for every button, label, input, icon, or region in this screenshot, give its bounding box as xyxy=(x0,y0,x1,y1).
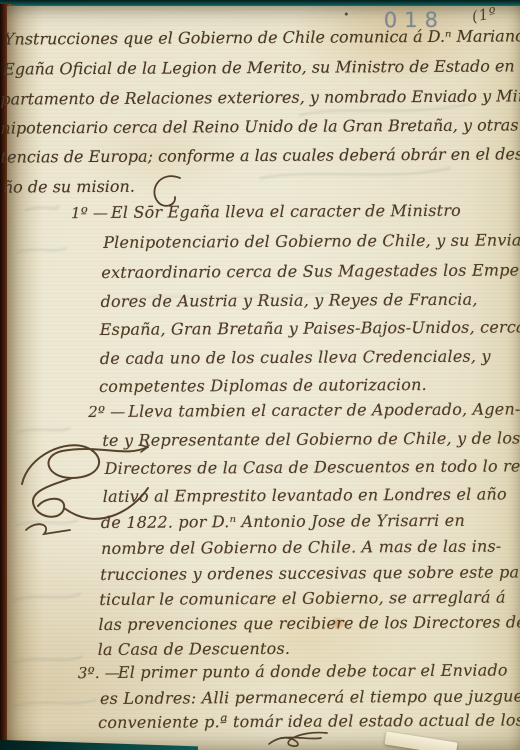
manuscript-line: Directores de la Casa de Descuentos en t… xyxy=(105,458,520,477)
manuscript-line: las prevenciones que recibiere de los Di… xyxy=(98,614,520,633)
manuscript-line: dores de Austria y Rusia, y Reyes de Fra… xyxy=(101,292,478,310)
header-line: Egaña Oficial de la Legion de Merito, su… xyxy=(3,58,520,77)
page-number-stamp: 018 xyxy=(384,8,445,32)
manuscript-photo: 018 (1º Ynstrucciones que el Gobierno de… xyxy=(0,0,520,750)
manuscript-line: España, Gran Bretaña y Paises-Bajos-Unid… xyxy=(100,319,520,338)
folio-mark: (1º xyxy=(470,3,498,25)
manuscript-line: competentes Diplomas de autorizacion. xyxy=(99,377,427,395)
manuscript-line: ticular le comunicare el Gobierno, se ar… xyxy=(99,590,505,608)
manuscript-line: El Sōr Egaña lleva el caracter de Minist… xyxy=(111,203,461,221)
manuscript-line: trucciones y ordenes succesivas que sobr… xyxy=(100,564,520,583)
manuscript-line: El primer punto á donde debe tocar el En… xyxy=(118,662,508,680)
article-1: 1º — El Sōr Egaña lleva el caracter de M… xyxy=(0,0,518,2)
manuscript-line: conveniente p.ª tomár idea del estado ac… xyxy=(98,712,520,731)
header-line: nipotenciario cerca del Reino Unido de l… xyxy=(0,117,518,136)
ink-layer: 018 (1º Ynstrucciones que el Gobierno de… xyxy=(0,0,520,750)
section-number: 1º — xyxy=(71,206,108,221)
manuscript-line: lativo al Emprestito levantado en Londre… xyxy=(103,486,507,504)
section-number: 2º — xyxy=(88,405,125,420)
header-line: ño de su mision. xyxy=(3,179,135,196)
manuscript-line: de cada uno de los cuales lleva Credenci… xyxy=(100,349,491,367)
document-header: Ynstrucciones que el Gobierno de Chile c… xyxy=(0,0,518,2)
header-line: partamento de Relaciones exteriores, y n… xyxy=(0,88,520,107)
manuscript-line: de 1822. por D.ⁿ Antonio Jose de Yrisarr… xyxy=(101,513,465,531)
header-line: tencias de Europa; conforme a las cuales… xyxy=(1,146,520,165)
manuscript-line: extraordinario cerca de Sus Magestades l… xyxy=(101,262,520,281)
manuscript-line: Plenipotenciario del Gobierno de Chile, … xyxy=(103,232,520,251)
manuscript-line: nombre del Gobierno de Chile. A mas de l… xyxy=(101,539,502,557)
manuscript-line: Lleva tambien el caracter de Apoderado, … xyxy=(128,401,520,419)
manuscript-line: la Casa de Descuentos. xyxy=(98,641,291,658)
section-number: 3º. — xyxy=(78,666,120,681)
article-2: 2º — Lleva tambien el caracter de Apoder… xyxy=(0,0,518,2)
ink-dot xyxy=(345,12,348,15)
manuscript-line: te y Representante del Gobierno de Chile… xyxy=(102,430,520,449)
article-3: 3º. — El primer punto á donde debe tocar… xyxy=(0,0,518,2)
manuscript-line: es Londres: Alli permanecerá el tiempo q… xyxy=(100,688,520,707)
